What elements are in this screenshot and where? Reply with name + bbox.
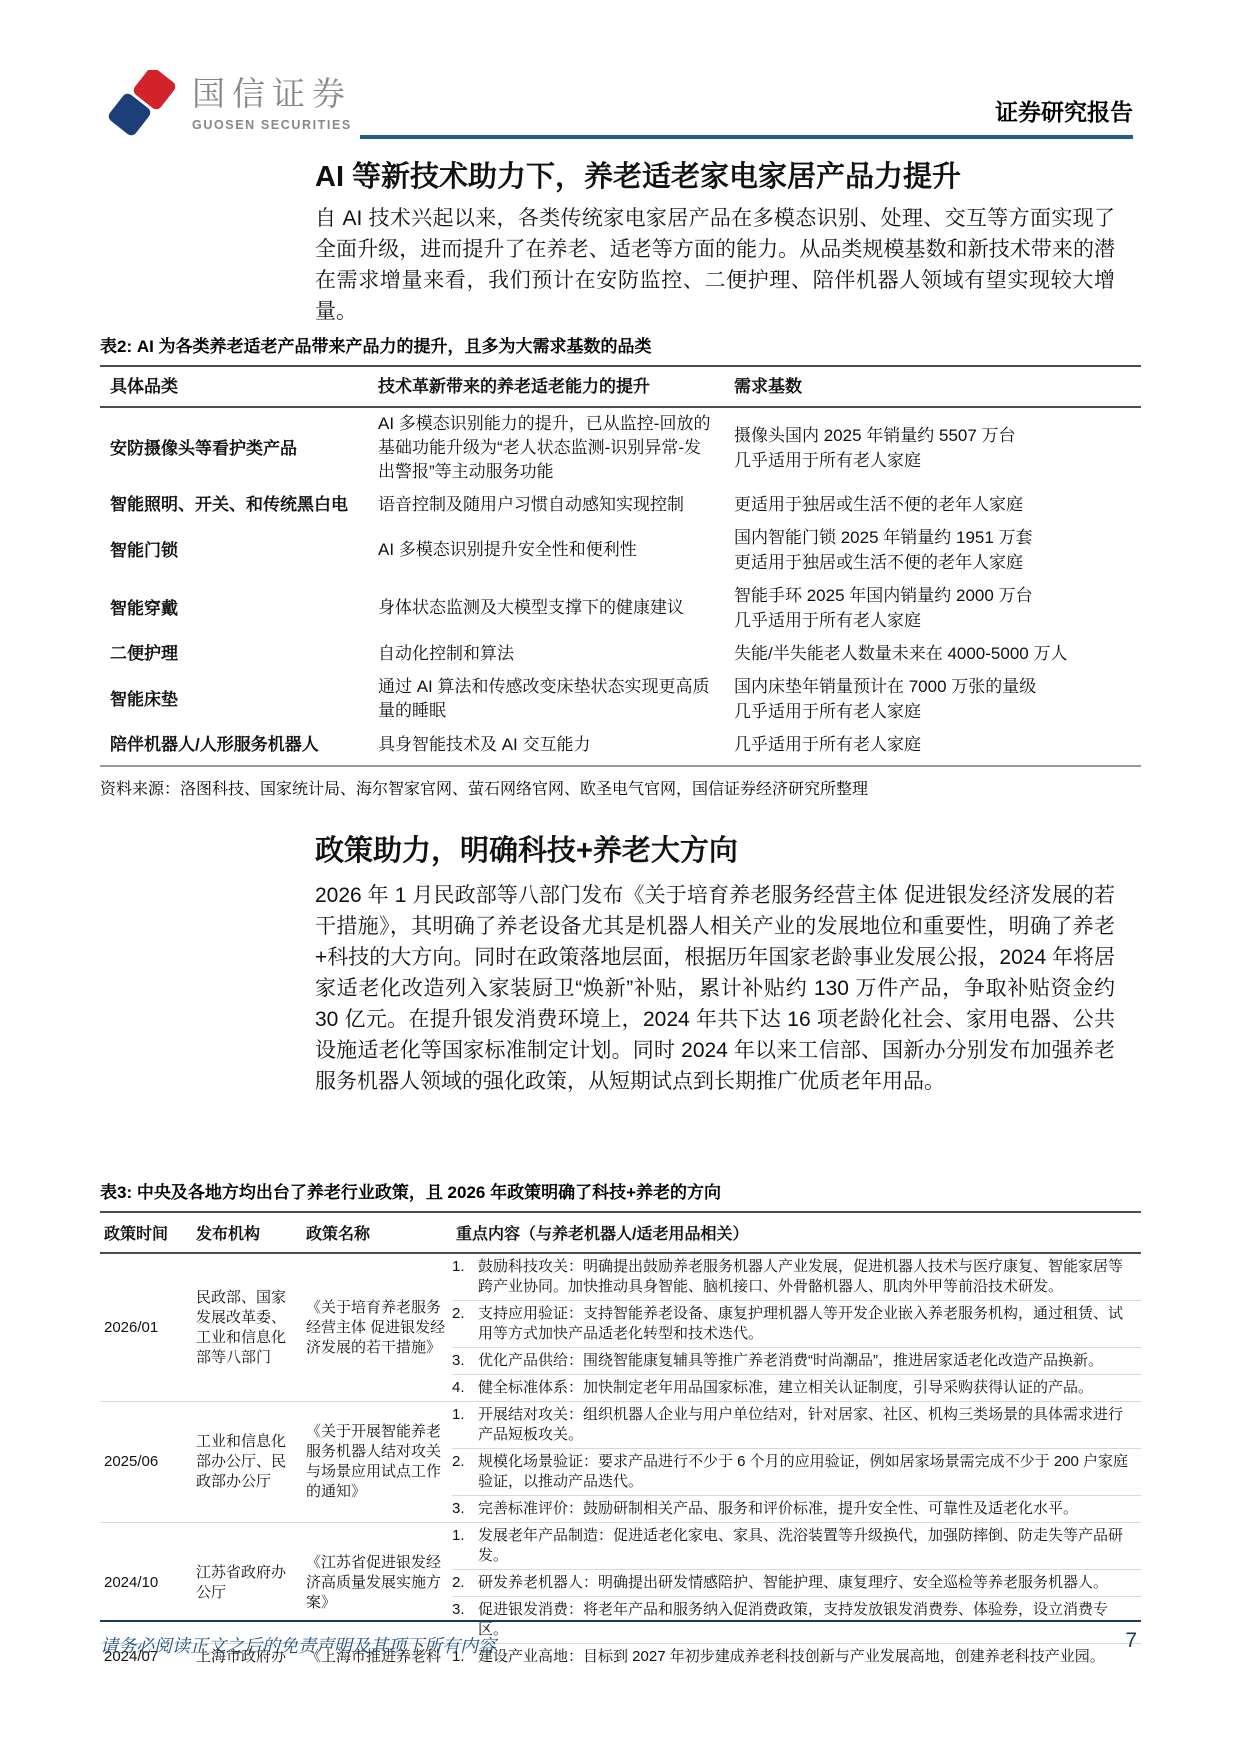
table2-row: 二便护理 自动化控制和算法 失能/半失能老人数量未来在 4000-5000 万人 — [100, 637, 1141, 670]
table2-row: 智能门锁 AI 多模态识别提升安全性和便利性 国内智能门锁 2025 年销量约 … — [100, 521, 1141, 579]
demand-cell: 国内床垫年销量预计在 7000 万张的量级 几乎适用于所有老人家庭 — [724, 674, 1141, 724]
capability-cell: 通过 AI 算法和传感改变床垫状态实现更高质量的睡眠 — [368, 675, 724, 723]
guosen-logo: 国信证券 GUOSEN SECURITIES — [104, 70, 352, 138]
policy-point: 1. 发展老年产品制造：促进适老化家电、家具、洗浴装置等升级换代，加强防摔倒、防… — [452, 1523, 1141, 1569]
section-heading-policy: 政策助力，明确科技+养老大方向 — [315, 828, 1135, 869]
table2-header-demand: 需求基数 — [724, 375, 1141, 398]
policy-content-cell: 1. 发展老年产品制造：促进适老化家电、家具、洗浴装置等升级换代，加强防摔倒、防… — [452, 1523, 1141, 1643]
policy-point-number: 2. — [452, 1304, 478, 1344]
policy-point: 2. 研发养老机器人：明确提出研发情感陪护、智能护理、康复理疗、安全巡检等养老服… — [452, 1569, 1141, 1596]
policy-point-number: 3. — [452, 1351, 478, 1371]
policy-point-text: 研发养老机器人：明确提出研发情感陪护、智能护理、康复理疗、安全巡检等养老服务机器… — [478, 1573, 1141, 1593]
demand-cell: 失能/半失能老人数量未来在 4000-5000 万人 — [724, 641, 1141, 666]
policy-point-number: 1. — [452, 1257, 478, 1297]
category-cell: 智能穿戴 — [100, 597, 368, 620]
policy-content-cell: 1. 建设产业高地：目标到 2027 年初步建成养老科技创新与产业发展高地，创建… — [452, 1644, 1141, 1670]
capability-cell: AI 多模态识别能力的提升，已从监控-回放的基础功能升级为“老人状态监测-识别异… — [368, 412, 724, 484]
demand-cell: 摄像头国内 2025 年销量约 5507 万台 几乎适用于所有老人家庭 — [724, 423, 1141, 473]
demand-cell: 国内智能门锁 2025 年销量约 1951 万套 更适用于独居或生活不便的老年人… — [724, 525, 1141, 575]
table3: 表3: 中央及各地方均出台了养老行业政策，且 2026 年政策明确了科技+养老的… — [100, 1178, 1141, 1670]
policy-point: 1. 开展结对攻关：组织机器人企业与用户单位结对，针对居家、社区、机构三类场景的… — [452, 1402, 1141, 1448]
table2-row: 智能照明、开关、和传统黑白电 语音控制及随用户习惯自动感知实现控制 更适用于独居… — [100, 488, 1141, 521]
policy-name-cell: 《关于开展智能养老服务机器人结对攻关与场景应用试点工作的通知》 — [302, 1422, 452, 1502]
policy-point-text: 鼓励科技攻关：明确提出鼓励养老服务机器人产业发展，促进机器人技术与医疗康复、智能… — [478, 1257, 1141, 1297]
guosen-logo-text: 国信证券 GUOSEN SECURITIES — [192, 76, 352, 131]
section-paragraph-policy: 2026 年 1 月民政部等八部门发布《关于培育养老服务经营主体 促进银发经济发… — [315, 880, 1115, 1097]
table2-body: 安防摄像头等看护类产品 AI 多模态识别能力的提升，已从监控-回放的基础功能升级… — [100, 408, 1141, 767]
policy-name-cell: 《江苏省促进银发经济高质量发展实施方案》 — [302, 1553, 452, 1613]
table3-header-policy: 政策名称 — [302, 1221, 452, 1244]
table2-header-row: 具体品类 技术革新带来的养老适老能力的提升 需求基数 — [100, 365, 1141, 408]
policy-point-number: 2. — [452, 1452, 478, 1492]
section-heading-ai: AI 等新技术助力下，养老适老家电家居产品力提升 — [315, 154, 1135, 195]
policy-date-cell: 2026/01 — [100, 1318, 192, 1338]
logo-chinese-name: 国信证券 — [192, 76, 352, 112]
section-paragraph-ai: 自 AI 技术兴起以来，各类传统家电家居产品在多模态识别、处理、交互等方面实现了… — [315, 203, 1115, 327]
capability-cell: 语音控制及随用户习惯自动感知实现控制 — [368, 493, 724, 517]
policy-point-number: 4. — [452, 1378, 478, 1398]
demand-line: 智能手环 2025 年国内销量约 2000 万台 — [734, 583, 1133, 608]
policy-point-text: 支持应用验证：支持智能养老设备、康复护理机器人等开发企业嵌入养老服务机构，通过租… — [478, 1304, 1141, 1344]
policy-point: 1. 鼓励科技攻关：明确提出鼓励养老服务机器人产业发展，促进机器人技术与医疗康复… — [452, 1254, 1141, 1300]
logo-english-name: GUOSEN SECURITIES — [192, 118, 352, 132]
table2: 表2: AI 为各类养老适老产品带来产品力的提升，且多为大需求基数的品类 具体品… — [100, 332, 1141, 799]
policy-point-text: 建设产业高地：目标到 2027 年初步建成养老科技创新与产业发展高地，创建养老科… — [478, 1647, 1141, 1667]
policy-point-text: 完善标准评价：鼓励研制相关产品、服务和评价标准，提升安全性、可靠性及适老化水平。 — [478, 1499, 1141, 1519]
policy-point-text: 健全标准体系：加快制定老年用品国家标准，建立相关认证制度，引导采购获得认证的产品… — [478, 1378, 1141, 1398]
capability-cell: 具身智能技术及 AI 交互能力 — [368, 733, 724, 757]
policy-point-text: 发展老年产品制造：促进适老化家电、家具、洗浴装置等升级换代，加强防摔倒、防走失等… — [478, 1526, 1141, 1566]
agency-cell: 民政部、国家发展改革委、工业和信息化部等八部门 — [192, 1288, 302, 1368]
category-cell: 二便护理 — [100, 642, 368, 665]
policy-point-number: 1. — [452, 1526, 478, 1566]
demand-line: 几乎适用于所有老人家庭 — [734, 699, 1133, 724]
category-cell: 智能床垫 — [100, 688, 368, 711]
demand-line: 几乎适用于所有老人家庭 — [734, 448, 1133, 473]
policy-point-number: 3. — [452, 1499, 478, 1519]
page-number: 7 — [1125, 1629, 1137, 1653]
table3-header-content: 重点内容（与养老机器人/适老用品相关） — [452, 1221, 1141, 1244]
table3-row: 2025/06 工业和信息化部办公厅、民政部办公厅 《关于开展智能养老服务机器人… — [100, 1401, 1141, 1522]
demand-cell: 更适用于独居或生活不便的老年人家庭 — [724, 492, 1141, 517]
demand-line: 几乎适用于所有老人家庭 — [734, 608, 1133, 633]
table2-row: 智能床垫 通过 AI 算法和传感改变床垫状态实现更高质量的睡眠 国内床垫年销量预… — [100, 670, 1141, 728]
policy-point: 1. 建设产业高地：目标到 2027 年初步建成养老科技创新与产业发展高地，创建… — [452, 1644, 1141, 1670]
table3-header-date: 政策时间 — [100, 1221, 192, 1244]
demand-cell: 几乎适用于所有老人家庭 — [724, 732, 1141, 757]
table2-header-category: 具体品类 — [100, 375, 368, 398]
capability-cell: AI 多模态识别提升安全性和便利性 — [368, 538, 724, 562]
table2-row: 智能穿戴 身体状态监测及大模型支撑下的健康建议 智能手环 2025 年国内销量约… — [100, 579, 1141, 637]
guosen-logo-icon — [104, 70, 180, 138]
policy-point: 2. 支持应用验证：支持智能养老设备、康复护理机器人等开发企业嵌入养老服务机构，… — [452, 1300, 1141, 1347]
table3-row: 2024/10 江苏省政府办公厅 《江苏省促进银发经济高质量发展实施方案》 1.… — [100, 1522, 1141, 1643]
table3-caption: 表3: 中央及各地方均出台了养老行业政策，且 2026 年政策明确了科技+养老的… — [100, 1178, 1141, 1203]
capability-cell: 自动化控制和算法 — [368, 642, 724, 666]
footer-disclaimer: 请务必阅读正文之后的免责声明及其项下所有内容 — [100, 1632, 496, 1658]
capability-cell: 身体状态监测及大模型支撑下的健康建议 — [368, 596, 724, 620]
policy-point-text: 优化产品供给：围绕智能康复辅具等推广养老消费“时尚潮品”，推进居家适老化改造产品… — [478, 1351, 1141, 1371]
policy-point-text: 开展结对攻关：组织机器人企业与用户单位结对，针对居家、社区、机构三类场景的具体需… — [478, 1405, 1141, 1445]
category-cell: 智能照明、开关、和传统黑白电 — [100, 493, 368, 516]
header-divider — [360, 135, 1133, 139]
policy-point: 3. 完善标准评价：鼓励研制相关产品、服务和评价标准，提升安全性、可靠性及适老化… — [452, 1495, 1141, 1522]
policy-content-cell: 1. 开展结对攻关：组织机器人企业与用户单位结对，针对居家、社区、机构三类场景的… — [452, 1402, 1141, 1522]
footer-divider — [100, 1620, 1141, 1622]
policy-point: 4. 健全标准体系：加快制定老年用品国家标准，建立相关认证制度，引导采购获得认证… — [452, 1374, 1141, 1401]
policy-date-cell: 2024/10 — [100, 1573, 192, 1593]
table3-header-row: 政策时间 发布机构 政策名称 重点内容（与养老机器人/适老用品相关） — [100, 1211, 1141, 1254]
policy-name-cell: 《关于培育养老服务经营主体 促进银发经济发展的若干措施》 — [302, 1298, 452, 1358]
category-cell: 安防摄像头等看护类产品 — [100, 437, 368, 460]
demand-line: 更适用于独居或生活不便的老年人家庭 — [734, 550, 1133, 575]
policy-point-text: 规模化场景验证：要求产品进行不少于 6 个月的应用验证，例如居家场景需完成不少于… — [478, 1452, 1141, 1492]
table2-caption: 表2: AI 为各类养老适老产品带来产品力的提升，且多为大需求基数的品类 — [100, 332, 1141, 357]
policy-point: 2. 规模化场景验证：要求产品进行不少于 6 个月的应用验证，例如居家场景需完成… — [452, 1448, 1141, 1495]
demand-cell: 智能手环 2025 年国内销量约 2000 万台 几乎适用于所有老人家庭 — [724, 583, 1141, 633]
demand-line: 国内床垫年销量预计在 7000 万张的量级 — [734, 674, 1133, 699]
demand-line: 几乎适用于所有老人家庭 — [734, 732, 1133, 757]
table2-source: 资料来源：洛图科技、国家统计局、海尔智家官网、萤石网络官网、欧圣电气官网，国信证… — [100, 776, 1141, 799]
table2-header-capability: 技术革新带来的养老适老能力的提升 — [368, 375, 724, 398]
policy-content-cell: 1. 鼓励科技攻关：明确提出鼓励养老服务机器人产业发展，促进机器人技术与医疗康复… — [452, 1254, 1141, 1401]
demand-line: 失能/半失能老人数量未来在 4000-5000 万人 — [734, 641, 1133, 666]
table2-row: 陪伴机器人/人形服务机器人 具身智能技术及 AI 交互能力 几乎适用于所有老人家… — [100, 728, 1141, 761]
policy-point-number: 1. — [452, 1405, 478, 1445]
report-type-label: 证券研究报告 — [995, 94, 1133, 127]
demand-line: 摄像头国内 2025 年销量约 5507 万台 — [734, 423, 1133, 448]
agency-cell: 工业和信息化部办公厅、民政部办公厅 — [192, 1432, 302, 1492]
policy-point: 3. 优化产品供给：围绕智能康复辅具等推广养老消费“时尚潮品”，推进居家适老化改… — [452, 1347, 1141, 1374]
demand-line: 国内智能门锁 2025 年销量约 1951 万套 — [734, 525, 1133, 550]
table2-row: 安防摄像头等看护类产品 AI 多模态识别能力的提升，已从监控-回放的基础功能升级… — [100, 408, 1141, 488]
agency-cell: 江苏省政府办公厅 — [192, 1563, 302, 1603]
demand-line: 更适用于独居或生活不便的老年人家庭 — [734, 492, 1133, 517]
category-cell: 陪伴机器人/人形服务机器人 — [100, 733, 368, 756]
report-page: 国信证券 GUOSEN SECURITIES 证券研究报告 AI 等新技术助力下… — [0, 0, 1241, 1754]
policy-point-number: 2. — [452, 1573, 478, 1593]
table3-row: 2026/01 民政部、国家发展改革委、工业和信息化部等八部门 《关于培育养老服… — [100, 1254, 1141, 1401]
category-cell: 智能门锁 — [100, 539, 368, 562]
table3-header-agency: 发布机构 — [192, 1221, 302, 1244]
policy-date-cell: 2025/06 — [100, 1452, 192, 1472]
